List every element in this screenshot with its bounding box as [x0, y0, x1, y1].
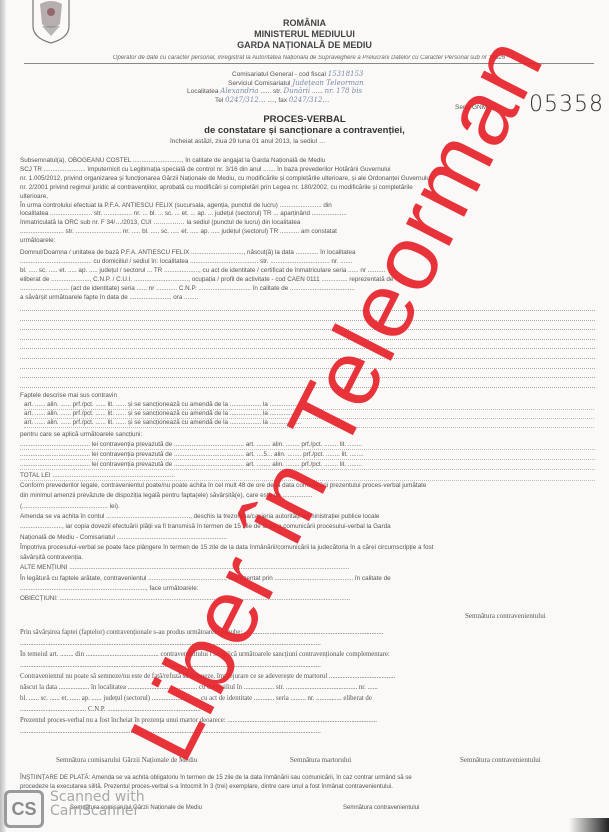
damage-line: Prin săvârșirea faptei (faptelor) contra…	[20, 628, 595, 637]
header-country: ROMÂNIA	[0, 18, 609, 29]
legal-line: Conform prevederilor legale, contravenie…	[20, 481, 595, 490]
operator-notice: Operator de date cu caracter personal, î…	[24, 55, 594, 64]
camscanner-logo-icon: CS	[4, 790, 44, 828]
offender-line: ............................ (act de ide…	[20, 284, 595, 293]
damage-line: În temeiul art. ........ din ...........…	[20, 650, 595, 659]
damage-line: ........................................…	[20, 639, 595, 648]
legal-line: ALTE MENȚIUNI ..........................…	[20, 563, 595, 572]
legal-line: Națională de Mediu - Comisariatul ......…	[20, 533, 595, 542]
legal-line: Împotriva procesului-verbal se poate fac…	[20, 543, 595, 552]
legal-line: Amenda se va achita în contul ..........…	[20, 512, 595, 521]
handwritten-fact-line	[20, 302, 595, 311]
camscanner-label: Scanned with CamScanner	[50, 790, 145, 818]
offender-signature-label-1: Semnătura contravenientului	[465, 612, 546, 620]
legal-line: din minimul amenzii prevăzute de dispozi…	[20, 491, 595, 500]
witness-signature-label: Semnătura martorului	[290, 756, 351, 764]
body-line: localitatea ........................ str…	[20, 209, 595, 218]
body-line: nr. 1.005/2012, privind organizarea și f…	[20, 174, 595, 183]
damage-line: Contravenientul nu poate să semneze/nu e…	[20, 672, 595, 681]
scanned-document-page: ROMÂNIA MINISTERUL MEDIULUI GARDA NAȚION…	[0, 0, 609, 832]
sanction-row: ........................................…	[20, 440, 595, 450]
tel-fax-line: Tel 0247/312… ...., fax 0247/312…	[215, 96, 329, 104]
sanction-row: ........................................…	[20, 450, 595, 460]
body-line: ulterioare,	[20, 192, 595, 201]
damage-line: ....................................... …	[20, 705, 595, 714]
header-agency: GARDA NAȚIONALĂ DE MEDIU	[0, 40, 609, 51]
legal-line: În legătură cu faptele arătate, contrave…	[20, 574, 595, 583]
damage-line: născut la data .................. în loc…	[20, 683, 595, 692]
handwritten-fact-line	[20, 331, 595, 340]
legal-line: ........................................…	[20, 584, 595, 593]
concluded-line: încheiat astăzi, ziua 29 luna 01 anul 20…	[170, 138, 570, 145]
commissioner-signature-label: Semnătura comisarului Gărzii Naționale d…	[56, 756, 197, 764]
offender-signature-label-2: Semnătura contravenientului	[460, 756, 541, 764]
body-line: nr. 2/2001 privind regimul juridic al co…	[20, 183, 595, 192]
legal-line: ........................, iar copia dove…	[20, 522, 595, 531]
body-line: ......................... str. .........…	[20, 227, 595, 236]
scan-corner-shadow	[569, 818, 609, 832]
handwritten-fact-line	[20, 312, 595, 321]
handwritten-fact-line	[20, 321, 595, 330]
bottom-offender-signature: Semnătura contravenientului	[343, 805, 419, 811]
body-line: SCJ TR ........................ împutern…	[20, 165, 595, 174]
sanctions-intro: pentru care se aplică următoarele sancți…	[20, 430, 595, 439]
locality-line: Localitatea Alexandria ...... str. Dunăr…	[187, 87, 362, 95]
handwritten-fact-line	[20, 369, 595, 378]
body-line: înmatriculată la ORC sub nr. F 34/…/2013…	[20, 218, 595, 227]
service-line: Serviciul Comisariatul Județean Teleorma…	[228, 79, 364, 87]
total-lei: TOTAL LEI ..............................…	[20, 471, 595, 481]
offender-line: a săvârșit următoarele fapte în data de …	[20, 293, 595, 302]
legal-line: (.......................................…	[20, 502, 595, 511]
contravention-row: art. ...... alin. ...... prf./pct. .....…	[24, 418, 594, 428]
body-line: Subsemnatul(a), OBOGEANU COSTEL ........…	[20, 156, 595, 165]
offender-line: eliberat de ......................, C.N.…	[20, 275, 595, 284]
handwritten-fact-line	[20, 340, 595, 349]
offender-line: Domnul/Doamna / unitatea de bază P.F.A. …	[20, 248, 595, 257]
sanction-row: ........................................…	[20, 460, 595, 470]
camscanner-text: CamScanner	[50, 804, 145, 818]
offender-line: bl. ..... sc. ..... et. ..... ap. ..... …	[20, 266, 595, 275]
document-title: PROCES-VERBAL	[0, 114, 609, 125]
document-subtitle: de constatare și sancționare a contraven…	[0, 125, 609, 136]
handwritten-fact-line	[20, 350, 595, 359]
header-ministry: MINISTERUL MEDIULUI	[0, 29, 609, 40]
handwritten-fact-line	[20, 360, 595, 369]
legal-line: săvârșită contravenția.	[20, 553, 595, 562]
handwritten-fact-line	[20, 379, 595, 388]
serial-label: Seria GNM nr.	[455, 104, 496, 111]
scanned-with-text: Scanned with	[50, 790, 145, 804]
damage-line: Prezentul proces-verbal nu a fost închei…	[20, 716, 595, 725]
payment-notice-1: ÎNȘTIINȚARE DE PLATĂ: Amenda se va achit…	[20, 773, 595, 782]
legal-line: OBIECȚIUNI: ............................…	[20, 594, 595, 603]
damage-line: bl. ...... sc. ...... et. ...... ap. ...…	[20, 694, 595, 703]
offender-line: ........................................…	[20, 257, 595, 266]
body-line: În urma controlului efectuat la P.F.A. A…	[20, 201, 595, 210]
body-line: următoarele:	[20, 236, 595, 245]
damage-line: ........................................…	[20, 661, 595, 670]
damage-line: ........................................…	[20, 727, 595, 736]
commissariat-line: Comisariatul General - cod fiscal 153181…	[232, 70, 363, 78]
contraventions-intro: Faptele descrise mai sus contravin	[20, 391, 595, 400]
